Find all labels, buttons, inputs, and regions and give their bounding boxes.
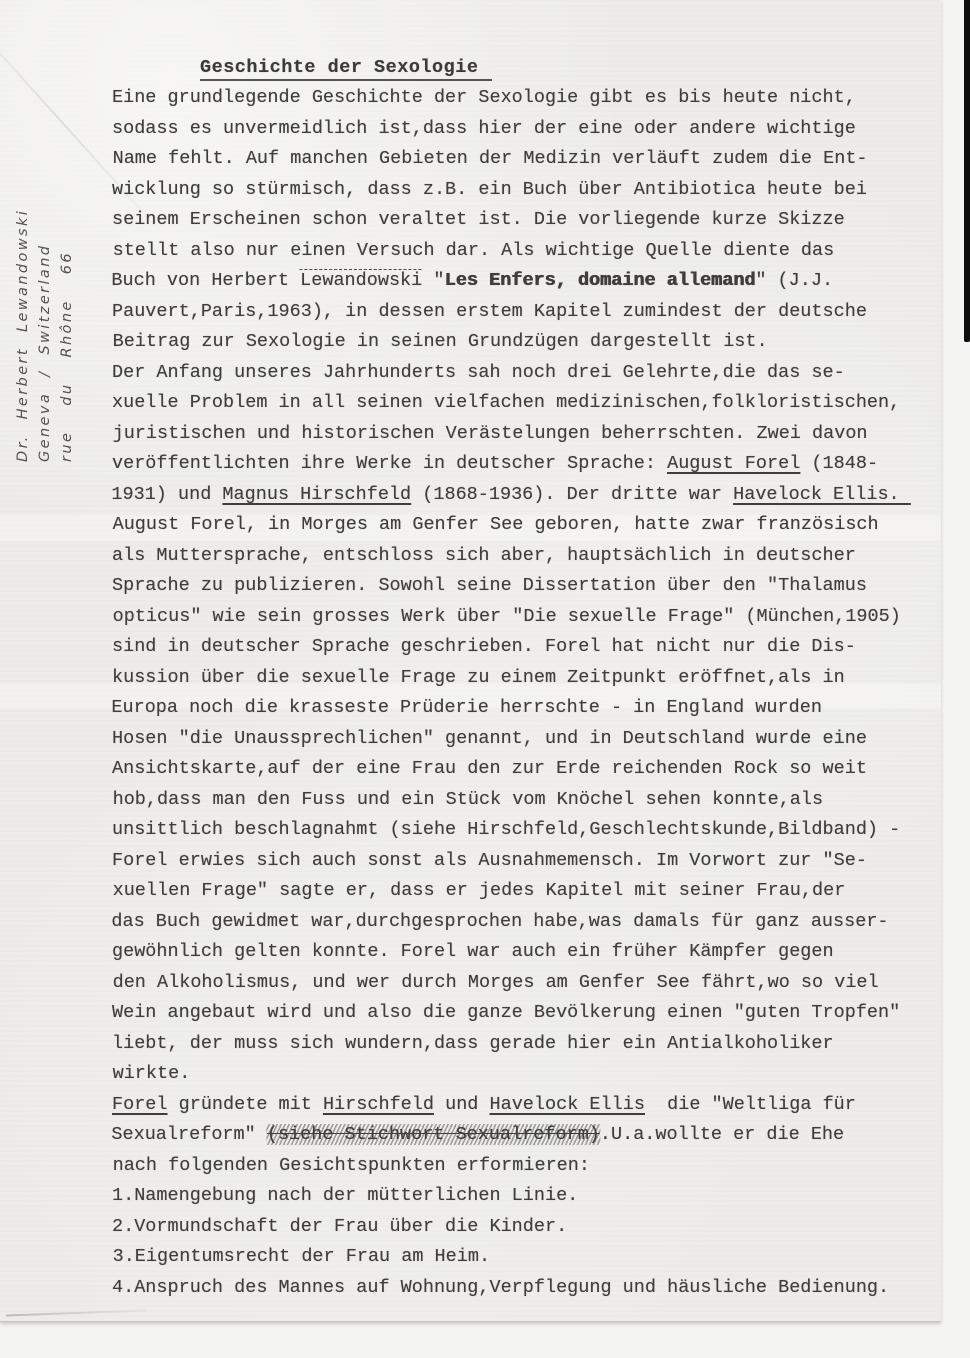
- text-line: wirkte.: [113, 1059, 912, 1090]
- text-line: unsittlich beschlagnahmt (siehe Hirschfe…: [112, 815, 911, 846]
- text-segment: als Muttersprache, entschloss sich aber,…: [112, 545, 856, 566]
- text-line: als Muttersprache, entschloss sich aber,…: [112, 541, 911, 572]
- text-segment: (1868-1936). Der dritte war: [411, 484, 733, 505]
- text-line: liebt, der muss sich wundern,dass gerade…: [112, 1029, 911, 1060]
- text-segment: den Alkoholismus, und wer durch Morges a…: [113, 972, 879, 993]
- text-line: Forel erwies sich auch sonst als Ausnahm…: [112, 846, 911, 877]
- text-line: 3.Eigentumsrecht der Frau am Heim.: [113, 1242, 912, 1273]
- text-segment: das Buch gewidmet war,durchgesprochen ha…: [111, 911, 888, 932]
- text-segment: opticus" wie sein grosses Werk über "Die…: [113, 606, 901, 627]
- text-line: wicklung so stürmisch, dass z.B. ein Buc…: [112, 175, 911, 206]
- text-segment: hob,dass man den Fuss und ein Stück vom …: [113, 789, 824, 810]
- text-segment: Ansichtskarte,auf der eine Frau den zur …: [112, 758, 867, 779]
- text-line: stellt also nur einen Versuch dar. Als w…: [113, 236, 912, 267]
- text-segment: Sprache zu publizieren. Sowohl seine Dis…: [112, 575, 867, 596]
- text-line: hob,dass man den Fuss und ein Stück vom …: [113, 785, 912, 816]
- scanned-document-page: Dr. Herbert Lewandowski Geneva / Switzer…: [0, 0, 970, 1358]
- text-line: Name fehlt. Auf manchen Gebieten der Med…: [113, 144, 912, 175]
- text-segment: die "Weltliga für: [645, 1094, 856, 1115]
- text-segment: 1.Namengebung nach der mütterlichen Lini…: [112, 1185, 578, 1206]
- text-segment: liebt, der muss sich wundern,dass gerade…: [112, 1033, 834, 1054]
- text-segment: seinem Erscheinen schon veraltet ist. Di…: [112, 209, 845, 230]
- text-segment: sodass es unvermeidlich ist,dass hier de…: [112, 118, 856, 139]
- text-line: xuellen Frage" sagte er, dass er jedes K…: [113, 876, 912, 907]
- text-line: gewöhnlich gelten konnte. Forel war auch…: [112, 937, 911, 968]
- text-segment-o: Lewandowski: [300, 270, 422, 291]
- text-line: Beitrag zur Sexologie in seinen Grundzüg…: [113, 327, 912, 358]
- text-segment: gründete mit: [168, 1094, 323, 1115]
- text-segment: (1848-: [800, 453, 878, 474]
- text-segment: gewöhnlich gelten konnte. Forel war auch…: [112, 941, 834, 962]
- handwriting-city-line: Geneva / Switzerland: [34, 110, 56, 462]
- text-line: sodass es unvermeidlich ist,dass hier de…: [112, 114, 911, 145]
- text-segment: kussion über die sexuelle Frage zu einem…: [112, 667, 845, 688]
- text-segment: 1931) und: [111, 484, 222, 505]
- text-line: 1931) und Magnus Hirschfeld (1868-1936).…: [111, 480, 910, 511]
- text-segment: Europa noch die krasseste Prüderie herrs…: [111, 697, 822, 718]
- text-segment: ": [422, 270, 444, 291]
- text-segment: 4.Anspruch des Mannes auf Wohnung,Verpfl…: [112, 1277, 889, 1298]
- text-segment: und: [434, 1094, 490, 1115]
- handwriting-street-line: rue du Rhône 66: [56, 110, 78, 462]
- text-segment: xuellen Frage" sagte er, dass er jedes K…: [113, 880, 846, 901]
- text-line: das Buch gewidmet war,durchgesprochen ha…: [111, 907, 910, 938]
- text-segment: .U.a.wollte er die Ehe: [600, 1124, 844, 1145]
- text-segment: Pauvert,Paris,1963), in dessen erstem Ka…: [112, 301, 867, 322]
- text-segment: Forel erwies sich auch sonst als Ausnahm…: [112, 850, 867, 871]
- text-line: August Forel, in Morges am Genfer See ge…: [113, 510, 912, 541]
- text-line: sind in deutscher Sprache geschrieben. F…: [112, 632, 911, 663]
- text-segment-x: (siehe Stichwort Sexualreform): [267, 1124, 600, 1145]
- text-line: kussion über die sexuelle Frage zu einem…: [112, 663, 911, 694]
- text-segment: Der Anfang unseres Jahrhunderts sah noch…: [112, 362, 845, 383]
- text-line: veröffentlichten ihre Werke in deutscher…: [112, 449, 911, 480]
- text-segment-u: Hirschfeld: [323, 1094, 434, 1115]
- text-segment: Sexualreform": [111, 1124, 266, 1145]
- text-line: Buch von Herbert Lewandowski "Les Enfers…: [111, 266, 910, 297]
- text-line: juristischen und historischen Verästelun…: [113, 419, 912, 450]
- text-segment: " (J.J.: [755, 270, 833, 291]
- text-segment: Beitrag zur Sexologie in seinen Grundzüg…: [113, 331, 768, 352]
- margin-handwriting: Dr. Herbert Lewandowski Geneva / Switzer…: [12, 110, 78, 462]
- text-segment: unsittlich beschlagnahmt (siehe Hirschfe…: [112, 819, 900, 840]
- text-segment-u: Magnus Hirschfeld: [222, 484, 411, 505]
- paper-bottom-tear: [6, 1310, 146, 1317]
- text-segment: wicklung so stürmisch, dass z.B. ein Buc…: [112, 179, 867, 200]
- text-segment: Buch von Herbert: [111, 270, 300, 291]
- text-segment: 2.Vormundschaft der Frau über die Kinder…: [112, 1216, 567, 1237]
- text-segment: Name fehlt. Auf manchen Gebieten der Med…: [113, 148, 868, 169]
- text-segment: juristischen und historischen Verästelun…: [113, 423, 868, 444]
- text-line: seinem Erscheinen schon veraltet ist. Di…: [112, 205, 911, 236]
- text-segment-u: August Forel: [667, 453, 800, 474]
- text-segment: Hosen "die Unaussprechlichen" genannt, u…: [112, 728, 867, 749]
- text-line: Pauvert,Paris,1963), in dessen erstem Ka…: [112, 297, 911, 328]
- text-line: 2.Vormundschaft der Frau über die Kinder…: [112, 1212, 911, 1243]
- document-title: Geschichte der Sexologie: [200, 57, 492, 81]
- text-segment-b: Les Enfers, domaine allemand: [444, 270, 755, 291]
- handwriting-author-line: Dr. Herbert Lewandowski: [12, 110, 34, 462]
- text-segment: wirkte.: [113, 1063, 191, 1084]
- text-line: Der Anfang unseres Jahrhunderts sah noch…: [112, 358, 911, 389]
- text-line: Forel gründete mit Hirschfeld und Havelo…: [112, 1090, 911, 1121]
- text-segment-u: Havelock Ellis: [490, 1094, 645, 1115]
- text-line: 1.Namengebung nach der mütterlichen Lini…: [112, 1181, 911, 1212]
- text-segment: veröffentlichten ihre Werke in deutscher…: [112, 453, 667, 474]
- document-body: Eine grundlegende Geschichte der Sexolog…: [112, 83, 911, 1303]
- text-line: Sexualreform" (siehe Stichwort Sexualref…: [111, 1120, 910, 1151]
- text-line: Wein angebaut wird und also die ganze Be…: [112, 998, 911, 1029]
- text-segment: Wein angebaut wird und also die ganze Be…: [112, 1002, 900, 1023]
- text-line: xuelle Problem in all seinen vielfachen …: [112, 388, 911, 419]
- text-segment: xuelle Problem in all seinen vielfachen …: [112, 392, 900, 413]
- text-line: Eine grundlegende Geschichte der Sexolog…: [112, 83, 911, 114]
- text-segment: stellt also nur einen Versuch dar. Als w…: [113, 240, 835, 261]
- text-segment: 3.Eigentumsrecht der Frau am Heim.: [113, 1246, 490, 1267]
- text-line: nach folgenden Gesichtspunkten erformier…: [113, 1151, 912, 1182]
- text-line: opticus" wie sein grosses Werk über "Die…: [113, 602, 912, 633]
- text-segment-u: Forel: [112, 1094, 168, 1115]
- text-segment: August Forel, in Morges am Genfer See ge…: [113, 514, 879, 535]
- scanner-edge-artifact: [964, 0, 970, 342]
- text-line: Ansichtskarte,auf der eine Frau den zur …: [112, 754, 911, 785]
- text-segment: Eine grundlegende Geschichte der Sexolog…: [112, 87, 856, 108]
- text-line: Sprache zu publizieren. Sowohl seine Dis…: [112, 571, 911, 602]
- text-segment-u: Havelock Ellis.: [733, 484, 911, 505]
- text-line: 4.Anspruch des Mannes auf Wohnung,Verpfl…: [112, 1273, 911, 1304]
- text-line: Hosen "die Unaussprechlichen" genannt, u…: [112, 724, 911, 755]
- paper-sheet: Dr. Herbert Lewandowski Geneva / Switzer…: [0, 0, 941, 1322]
- text-line: den Alkoholismus, und wer durch Morges a…: [113, 968, 912, 999]
- text-line: Europa noch die krasseste Prüderie herrs…: [111, 693, 910, 724]
- text-segment: sind in deutscher Sprache geschrieben. F…: [112, 636, 856, 657]
- text-segment: nach folgenden Gesichtspunkten erformier…: [113, 1155, 590, 1176]
